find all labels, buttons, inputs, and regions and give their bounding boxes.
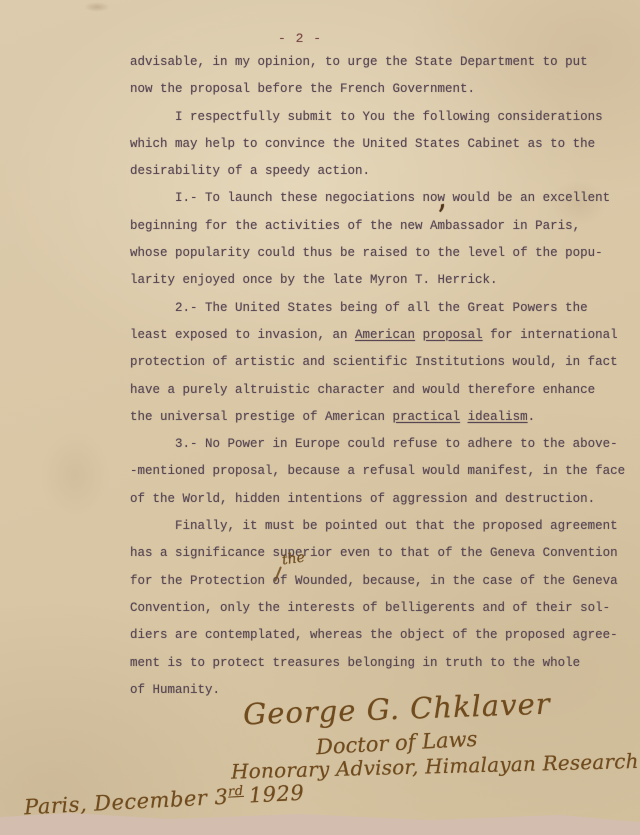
- underlined-text: idealism: [468, 410, 528, 424]
- typed-text: for the Protection of Wounded, because, …: [130, 574, 618, 588]
- typed-text: the universal prestige of American: [130, 410, 393, 424]
- typed-text: which may help to convince the United St…: [130, 137, 595, 151]
- typed-line: larity enjoyed once by the late Myron T.…: [130, 267, 630, 294]
- typed-text: whose popularity could thus be raised to…: [130, 246, 603, 260]
- typed-text: protection of artistic and scientific In…: [130, 355, 618, 369]
- typed-text: .: [528, 410, 536, 424]
- typed-line: I.- To launch these negociations now wou…: [130, 185, 630, 212]
- typed-line: advisable, in my opinion, to urge the St…: [130, 49, 630, 76]
- typed-text: desirability of a speedy action.: [130, 164, 370, 178]
- typed-letter-body: advisable, in my opinion, to urge the St…: [130, 49, 630, 704]
- typed-text: 3.- No Power in Europe could refuse to a…: [130, 437, 618, 451]
- typed-line: ment is to protect treasures belonging i…: [130, 650, 630, 677]
- typed-line: now the proposal before the French Gover…: [130, 76, 630, 103]
- typed-text: ment is to protect treasures belonging i…: [130, 656, 580, 670]
- typed-line: least exposed to invasion, an American p…: [130, 322, 630, 349]
- typed-text: 2.- The United States being of all the G…: [130, 301, 588, 315]
- typed-text: have a purely altruistic character and w…: [130, 383, 595, 397]
- typed-line: which may help to convince the United St…: [130, 131, 630, 158]
- typed-line: has a significance superior even to that…: [130, 540, 630, 567]
- typed-line: whose popularity could thus be raised to…: [130, 240, 630, 267]
- typed-text: I.- To launch these negociations now wou…: [130, 191, 610, 205]
- typed-line: Convention, only the interests of bellig…: [130, 595, 630, 622]
- typed-line: desirability of a speedy action.: [130, 158, 630, 185]
- typed-text: [460, 410, 468, 424]
- dateline-city-month-day: Paris, December 3: [24, 785, 229, 820]
- typed-text: has a significance superior even to that…: [130, 546, 618, 560]
- typed-text: advisable, in my opinion, to urge the St…: [130, 55, 588, 69]
- scanned-letter-page: - 2 - advisable, in my opinion, to urge …: [0, 0, 640, 835]
- typed-line: have a purely altruistic character and w…: [130, 377, 630, 404]
- typed-line: Finally, it must be pointed out that the…: [130, 513, 630, 540]
- paper-stain: [84, 2, 110, 12]
- typed-line: protection of artistic and scientific In…: [130, 349, 630, 376]
- typed-text: least exposed to invasion, an: [130, 328, 355, 342]
- underlined-text: American: [355, 328, 415, 342]
- typed-line: of the World, hidden intentions of aggre…: [130, 486, 630, 513]
- typed-text: I respectfully submit to You the followi…: [130, 110, 603, 124]
- typed-text: of Humanity.: [130, 683, 220, 697]
- typed-text: of the World, hidden intentions of aggre…: [130, 492, 595, 506]
- typed-text: for international: [483, 328, 618, 342]
- handwritten-dateline: Paris, December 3rd1929: [24, 781, 305, 820]
- typed-line: for the Protection of Wounded, because, …: [130, 568, 630, 595]
- typed-text: [415, 328, 423, 342]
- typed-text: Convention, only the interests of bellig…: [130, 601, 610, 615]
- typed-text: beginning for the activities of the new …: [130, 219, 580, 233]
- handwritten-word-insertion: the: [281, 549, 306, 568]
- typed-line: beginning for the activities of the new …: [130, 213, 630, 240]
- typed-line: 3.- No Power in Europe could refuse to a…: [130, 431, 630, 458]
- typed-line: I respectfully submit to You the followi…: [130, 104, 630, 131]
- typed-line: -mentioned proposal, because a refusal w…: [130, 458, 630, 485]
- typed-text: now the proposal before the French Gover…: [130, 82, 475, 96]
- dateline-ordinal: rd: [228, 784, 244, 800]
- typed-line: diers are contemplated, whereas the obje…: [130, 622, 630, 649]
- underlined-text: practical: [393, 410, 461, 424]
- typed-text: diers are contemplated, whereas the obje…: [130, 628, 618, 642]
- page-number: - 2 -: [278, 31, 322, 46]
- typed-line: the universal prestige of American pract…: [130, 404, 630, 431]
- typed-text: Finally, it must be pointed out that the…: [130, 519, 618, 533]
- underlined-text: proposal: [423, 328, 483, 342]
- paper-sheet: - 2 - advisable, in my opinion, to urge …: [0, 0, 640, 835]
- paper-stain: [40, 430, 110, 520]
- typed-text: -mentioned proposal, because a refusal w…: [130, 464, 625, 478]
- typed-line: 2.- The United States being of all the G…: [130, 295, 630, 322]
- typed-text: larity enjoyed once by the late Myron T.…: [130, 273, 498, 287]
- dateline-year: 1929: [248, 781, 305, 808]
